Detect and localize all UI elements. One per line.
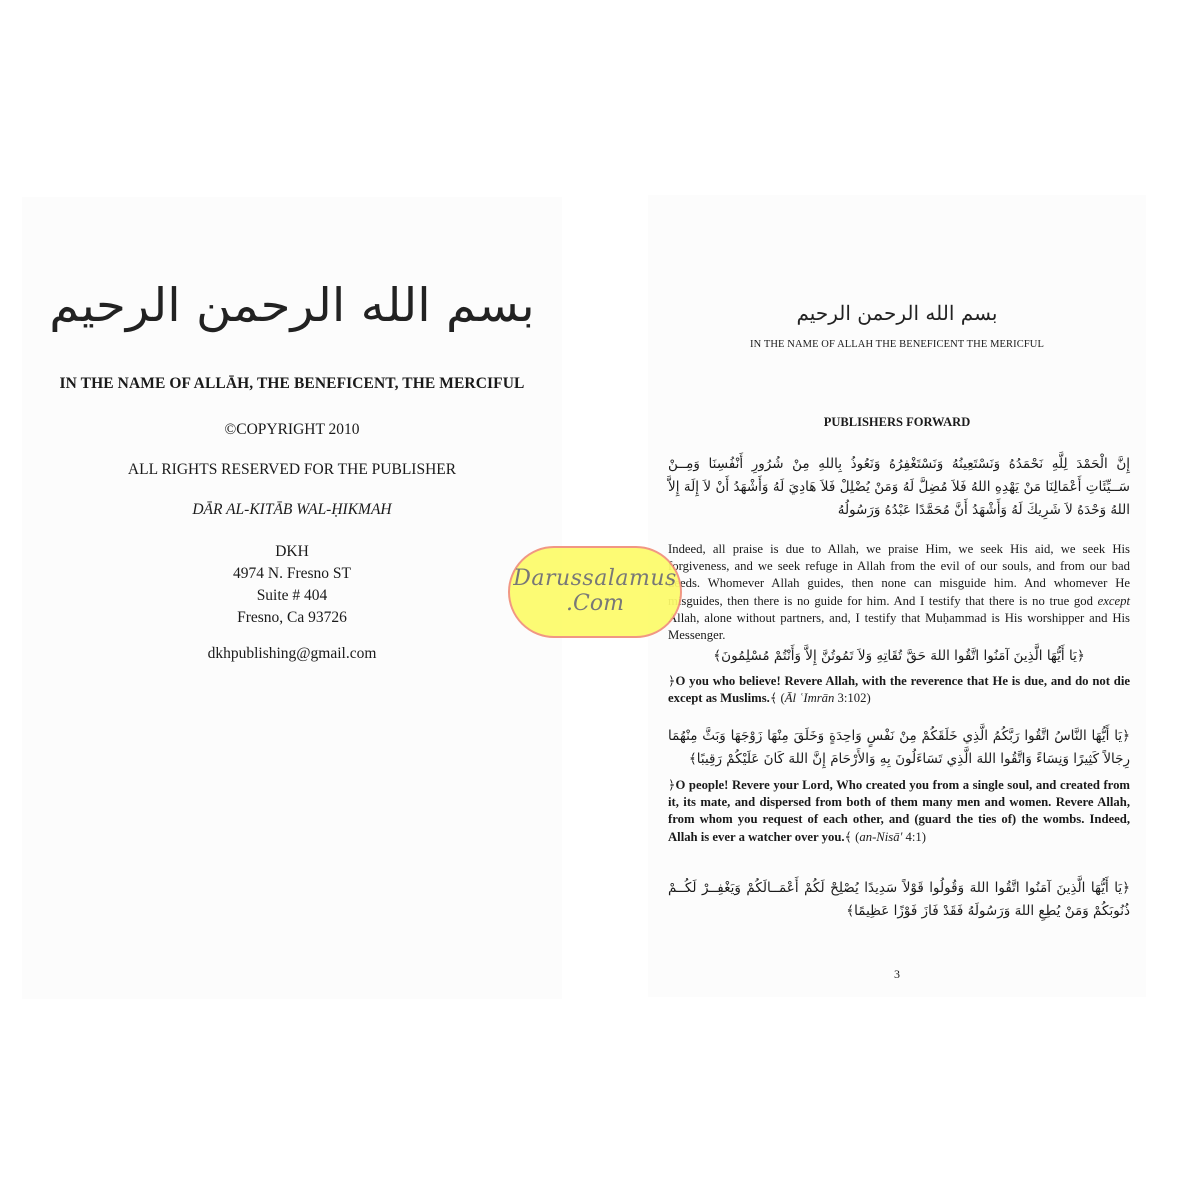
watermark-badge: Darussalamus .Com bbox=[508, 546, 682, 638]
verse-surah: an-Nisā' bbox=[859, 830, 902, 844]
verse-translation-text: O you who believe! Revere Allah, with th… bbox=[668, 674, 1130, 705]
verse-number: 4:1 bbox=[902, 830, 921, 844]
praise-english-emphasis: except bbox=[1098, 594, 1130, 608]
praise-arabic: إِنَّ الْحَمْدَ لِلَّهِ نَحْمَدُهُ وَنَس… bbox=[668, 453, 1130, 522]
address-suite: Suite # 404 bbox=[22, 585, 562, 607]
publisher-name: DĀR AL-KITĀB WAL-ḤIKMAH bbox=[22, 501, 562, 519]
verse-arabic: ﴿يَا أَيُّهَا النَّاسُ اتَّقُوا رَبَّكُم… bbox=[668, 725, 1130, 771]
right-page: بسم الله الرحمن الرحيم IN THE NAME OF AL… bbox=[648, 195, 1146, 997]
verse-reference: (Āl ʿImrān 3:102) bbox=[780, 691, 870, 705]
verse-surah: Āl ʿImrān bbox=[785, 691, 835, 705]
page-number: 3 bbox=[648, 967, 1146, 982]
publisher-email[interactable]: dkhpublishing@gmail.com bbox=[22, 645, 562, 663]
verse-number: 3:102 bbox=[834, 691, 866, 705]
verse-reference: (an-Nisā' 4:1) bbox=[855, 830, 926, 844]
left-page: بسم الله الرحمن الرحيم IN THE NAME OF AL… bbox=[22, 197, 562, 999]
left-page-title: IN THE NAME OF ALLĀH, THE BENEFICENT, TH… bbox=[22, 375, 562, 393]
address-name: DKH bbox=[22, 541, 562, 563]
rights-notice: ALL RIGHTS RESERVED FOR THE PUBLISHER bbox=[22, 461, 562, 479]
bismillah-calligraphy: بسم الله الرحمن الرحيم bbox=[9, 275, 576, 335]
address-street: 4974 N. Fresno ST bbox=[22, 563, 562, 585]
verse-translation: ﴿O you who believe! Revere Allah, with t… bbox=[668, 673, 1130, 707]
praise-english: Indeed, all praise is due to Allah, we p… bbox=[668, 541, 1130, 644]
praise-english-text-end: Allah, alone without partners, and, I te… bbox=[668, 611, 1130, 642]
bismillah-small: بسم الله الرحمن الرحيم bbox=[648, 301, 1146, 325]
watermark-brand: Darussalamus bbox=[510, 566, 680, 592]
section-title: PUBLISHERS FORWARD bbox=[648, 415, 1146, 430]
right-page-heading: IN THE NAME OF ALLAH THE BENEFICENT THE … bbox=[648, 339, 1146, 350]
verse-translation: ﴿O people! Revere your Lord, Who created… bbox=[668, 777, 1130, 846]
ornate-bracket-close: ﴾ bbox=[770, 691, 777, 705]
copyright-notice: ©COPYRIGHT 2010 bbox=[22, 421, 562, 439]
praise-english-text: Indeed, all praise is due to Allah, we p… bbox=[668, 542, 1130, 608]
address-city: Fresno, Ca 93726 bbox=[22, 607, 562, 629]
publisher-address: DKH 4974 N. Fresno ST Suite # 404 Fresno… bbox=[22, 541, 562, 629]
ornate-bracket-close: ﴾ bbox=[845, 830, 852, 844]
watermark-domain: .Com bbox=[510, 592, 680, 616]
verse-arabic: ﴿يَا أَيُّهَا الَّذِينَ آمَنُوا اتَّقُوا… bbox=[668, 877, 1130, 923]
verse-arabic: ﴿يَا أَيُّهَا الَّذِينَ آمَنُوا اتَّقُوا… bbox=[668, 645, 1130, 668]
